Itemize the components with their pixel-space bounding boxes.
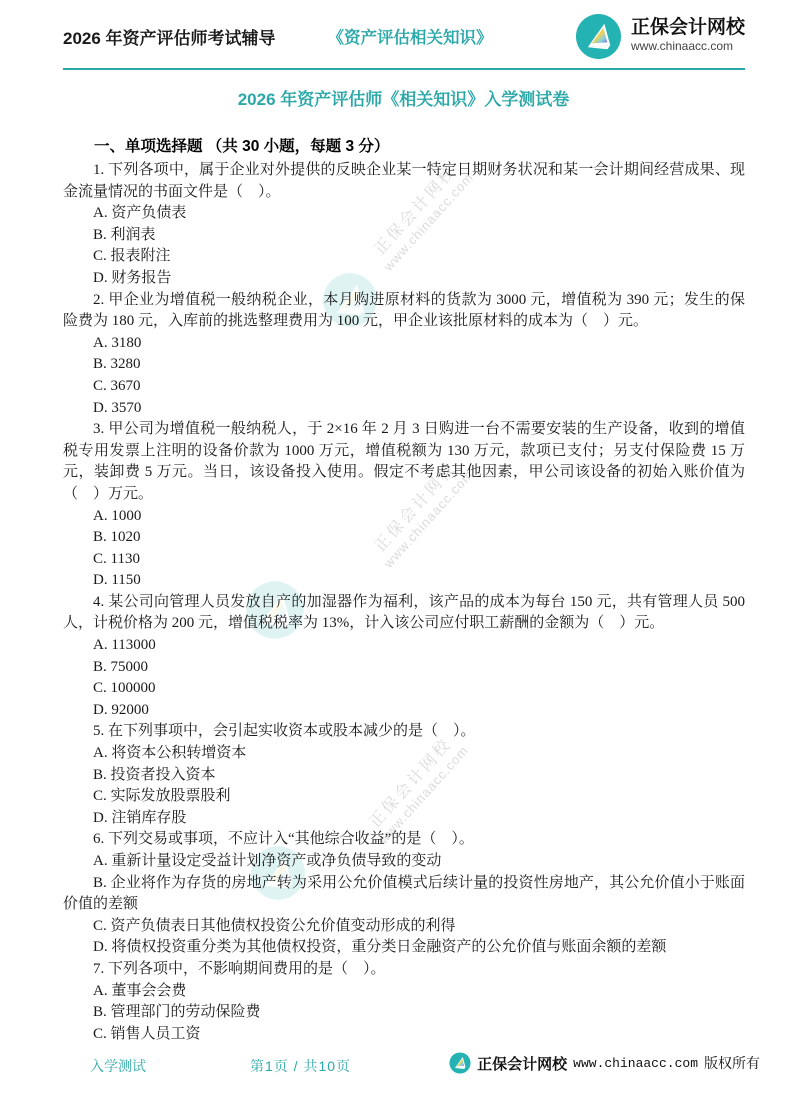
subject-title: 《资产评估相关知识》 xyxy=(328,24,493,48)
question-option: D. 3570 xyxy=(63,398,745,420)
question-option: C. 1130 xyxy=(63,549,745,571)
brand-logo-text: 正保会计网校 www.chinaacc.com xyxy=(631,18,745,53)
brand-name: 正保会计网校 xyxy=(631,18,745,39)
question-option: D. 注销库存股 xyxy=(63,808,745,830)
document-page: 正保会计网校 www.chinaacc.com 正保会计网校 www.china… xyxy=(0,0,807,1097)
question-list: 1. 下列各项中，属于企业对外提供的反映企业某一特定日期财务状况和某一会计期间经… xyxy=(63,160,745,1045)
question-option: C. 资产负债表日其他债权投资公允价值变动形成的利得 xyxy=(63,916,745,938)
brand-website: www.chinaacc.com xyxy=(631,39,745,53)
question-option: D. 将债权投资重分类为其他债权投资，重分类日金融资产的公允价值与账面余额的差额 xyxy=(63,937,745,959)
document-title: 2026 年资产评估师《相关知识》入学测试卷 xyxy=(0,85,807,110)
question-option: A. 资产负债表 xyxy=(63,203,745,225)
question-option: A. 113000 xyxy=(63,635,745,657)
question-option: B. 投资者投入资本 xyxy=(63,765,745,787)
question-option: A. 重新计量设定受益计划净资产或净负债导致的变动 xyxy=(63,851,745,873)
footer-brand-name: 正保会计网校 xyxy=(477,1053,567,1074)
question-stem: 7. 下列各项中，不影响期间费用的是（ ）。 xyxy=(63,959,745,981)
question-option: D. 1150 xyxy=(63,570,745,592)
course-title: 2026 年资产评估师考试辅导 xyxy=(63,24,276,49)
question-option: A. 3180 xyxy=(63,333,745,355)
header-divider xyxy=(63,68,745,70)
question-stem: 3. 甲公司为增值税一般纳税人，于 2×16 年 2 月 3 日购进一台不需要安… xyxy=(63,419,745,505)
question-option: D. 92000 xyxy=(63,700,745,722)
question-option: B. 75000 xyxy=(63,657,745,679)
question-option: C. 销售人员工资 xyxy=(63,1024,745,1046)
question-stem: 1. 下列各项中，属于企业对外提供的反映企业某一特定日期财务状况和某一会计期间经… xyxy=(63,160,745,203)
question-option: C. 3670 xyxy=(63,376,745,398)
question-stem: 4. 某公司向管理人员发放自产的加湿器作为福利，该产品的成本为每台 150 元，… xyxy=(63,592,745,635)
question-option: B. 1020 xyxy=(63,527,745,549)
question-option: A. 1000 xyxy=(63,506,745,528)
page-footer: 入学测试 第1页 / 共10页 正保会计网校 www.chinaacc.com … xyxy=(0,1050,807,1080)
question-option: B. 管理部门的劳动保险费 xyxy=(63,1002,745,1024)
page-indicator: 第1页 / 共10页 xyxy=(250,1056,351,1076)
footer-copyright: 版权所有 xyxy=(704,1053,760,1073)
brand-logo-icon xyxy=(575,13,622,60)
question-option: A. 董事会会费 xyxy=(63,981,745,1003)
footer-website: www.chinaacc.com xyxy=(573,1056,698,1071)
question-option: D. 财务报告 xyxy=(63,268,745,290)
footer-brand-logo-icon xyxy=(449,1052,471,1074)
page-header: 2026 年资产评估师考试辅导 《资产评估相关知识》 正保会计网校 www.ch… xyxy=(0,0,807,62)
brand-logo: 正保会计网校 www.chinaacc.com xyxy=(575,13,745,60)
question-option: B. 企业将作为存货的房地产转为采用公允价值模式后续计量的投资性房地产，其公允价… xyxy=(63,873,745,916)
section-heading: 一、单项选择题 （共 30 小题，每题 3 分） xyxy=(63,136,745,158)
question-option: B. 利润表 xyxy=(63,225,745,247)
question-stem: 5. 在下列事项中，会引起实收资本或股本减少的是（ ）。 xyxy=(63,721,745,743)
question-option: C. 报表附注 xyxy=(63,246,745,268)
footer-doc-label: 入学测试 xyxy=(90,1056,146,1076)
question-option: C. 实际发放股票股利 xyxy=(63,786,745,808)
question-option: C. 100000 xyxy=(63,678,745,700)
question-option: A. 将资本公积转增资本 xyxy=(63,743,745,765)
question-option: B. 3280 xyxy=(63,354,745,376)
footer-brand: 正保会计网校 www.chinaacc.com 版权所有 xyxy=(449,1052,760,1074)
question-stem: 2. 甲企业为增值税一般纳税企业，本月购进原材料的货款为 3000 元，增值税为… xyxy=(63,290,745,333)
question-stem: 6. 下列交易或事项，不应计入“其他综合收益”的是（ ）。 xyxy=(63,829,745,851)
